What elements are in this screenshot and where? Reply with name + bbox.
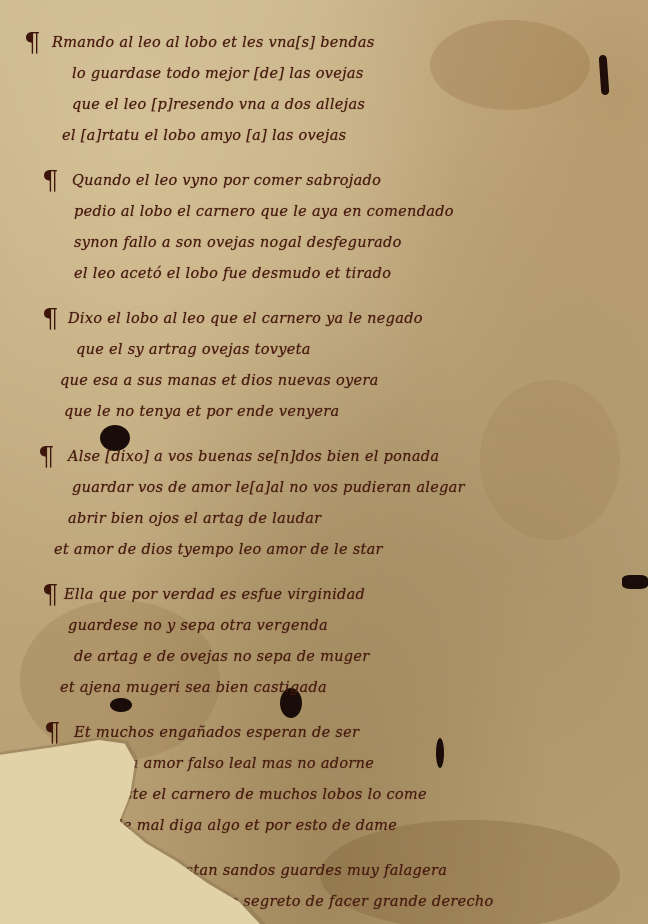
verse-line: el [a]rtatu el lobo amyo [a] las ovejas — [24, 121, 614, 152]
verse-line: pedio al lobo el carnero que le aya en c… — [24, 197, 614, 228]
verse-line: que le no tenya et por ende venyera — [24, 397, 614, 428]
verse-line: guardese no y sepa otra vergenda — [24, 611, 614, 642]
verse-line: abrir bien ojos el artag de laudar — [24, 504, 614, 535]
verse-line: que esa a sus manas et dios nuevas oyera — [24, 366, 614, 397]
verse-line: synon fallo a son ovejas nogal desfegura… — [24, 228, 614, 259]
verse-line: el leo acetó el lobo fue desmudo et tira… — [24, 259, 614, 290]
verse-line: et ajena mugeri sea bien castigada — [24, 673, 614, 704]
verse-line: Ella que por verdad es esfue virginidad — [24, 580, 614, 611]
ink-blot — [622, 575, 648, 589]
verse-line: et amor de dios tyempo leo amor de le st… — [24, 535, 614, 566]
stanza-4: ¶ Alse [dixo] a vos buenas se[n]dos bien… — [24, 442, 614, 566]
verse-line: Alse [dixo] a vos buenas se[n]dos bien e… — [24, 442, 614, 473]
stanza-2: ¶ Quando el leo vyno por comer sabrojado… — [24, 166, 614, 290]
verse-line: de artag e de ovejas no sepa de muger — [24, 642, 614, 673]
verse-line: lo guardase todo mejor [de] las ovejas — [24, 59, 614, 90]
verse-line: que el leo [p]resendo vna a dos allejas — [24, 90, 614, 121]
stanza-5: ¶ Ella que por verdad es esfue virginida… — [24, 580, 614, 704]
verse-line: Quando el leo vyno por comer sabrojado — [24, 166, 614, 197]
verse-line: guardar vos de amor le[a]al no vos pudie… — [24, 473, 614, 504]
verse-line: Rmando al leo al lobo et les vna[s] bend… — [24, 28, 614, 59]
manuscript-page: ¶ Rmando al leo al lobo et les vna[s] be… — [0, 0, 648, 924]
verse-line: Dixo el lobo al leo que el carnero ya le… — [24, 304, 614, 335]
stanza-1: ¶ Rmando al leo al lobo et les vna[s] be… — [24, 28, 614, 152]
stanza-3: ¶ Dixo el lobo al leo que el carnero ya … — [24, 304, 614, 428]
verse-line: que el sy artrag ovejas tovyeta — [24, 335, 614, 366]
